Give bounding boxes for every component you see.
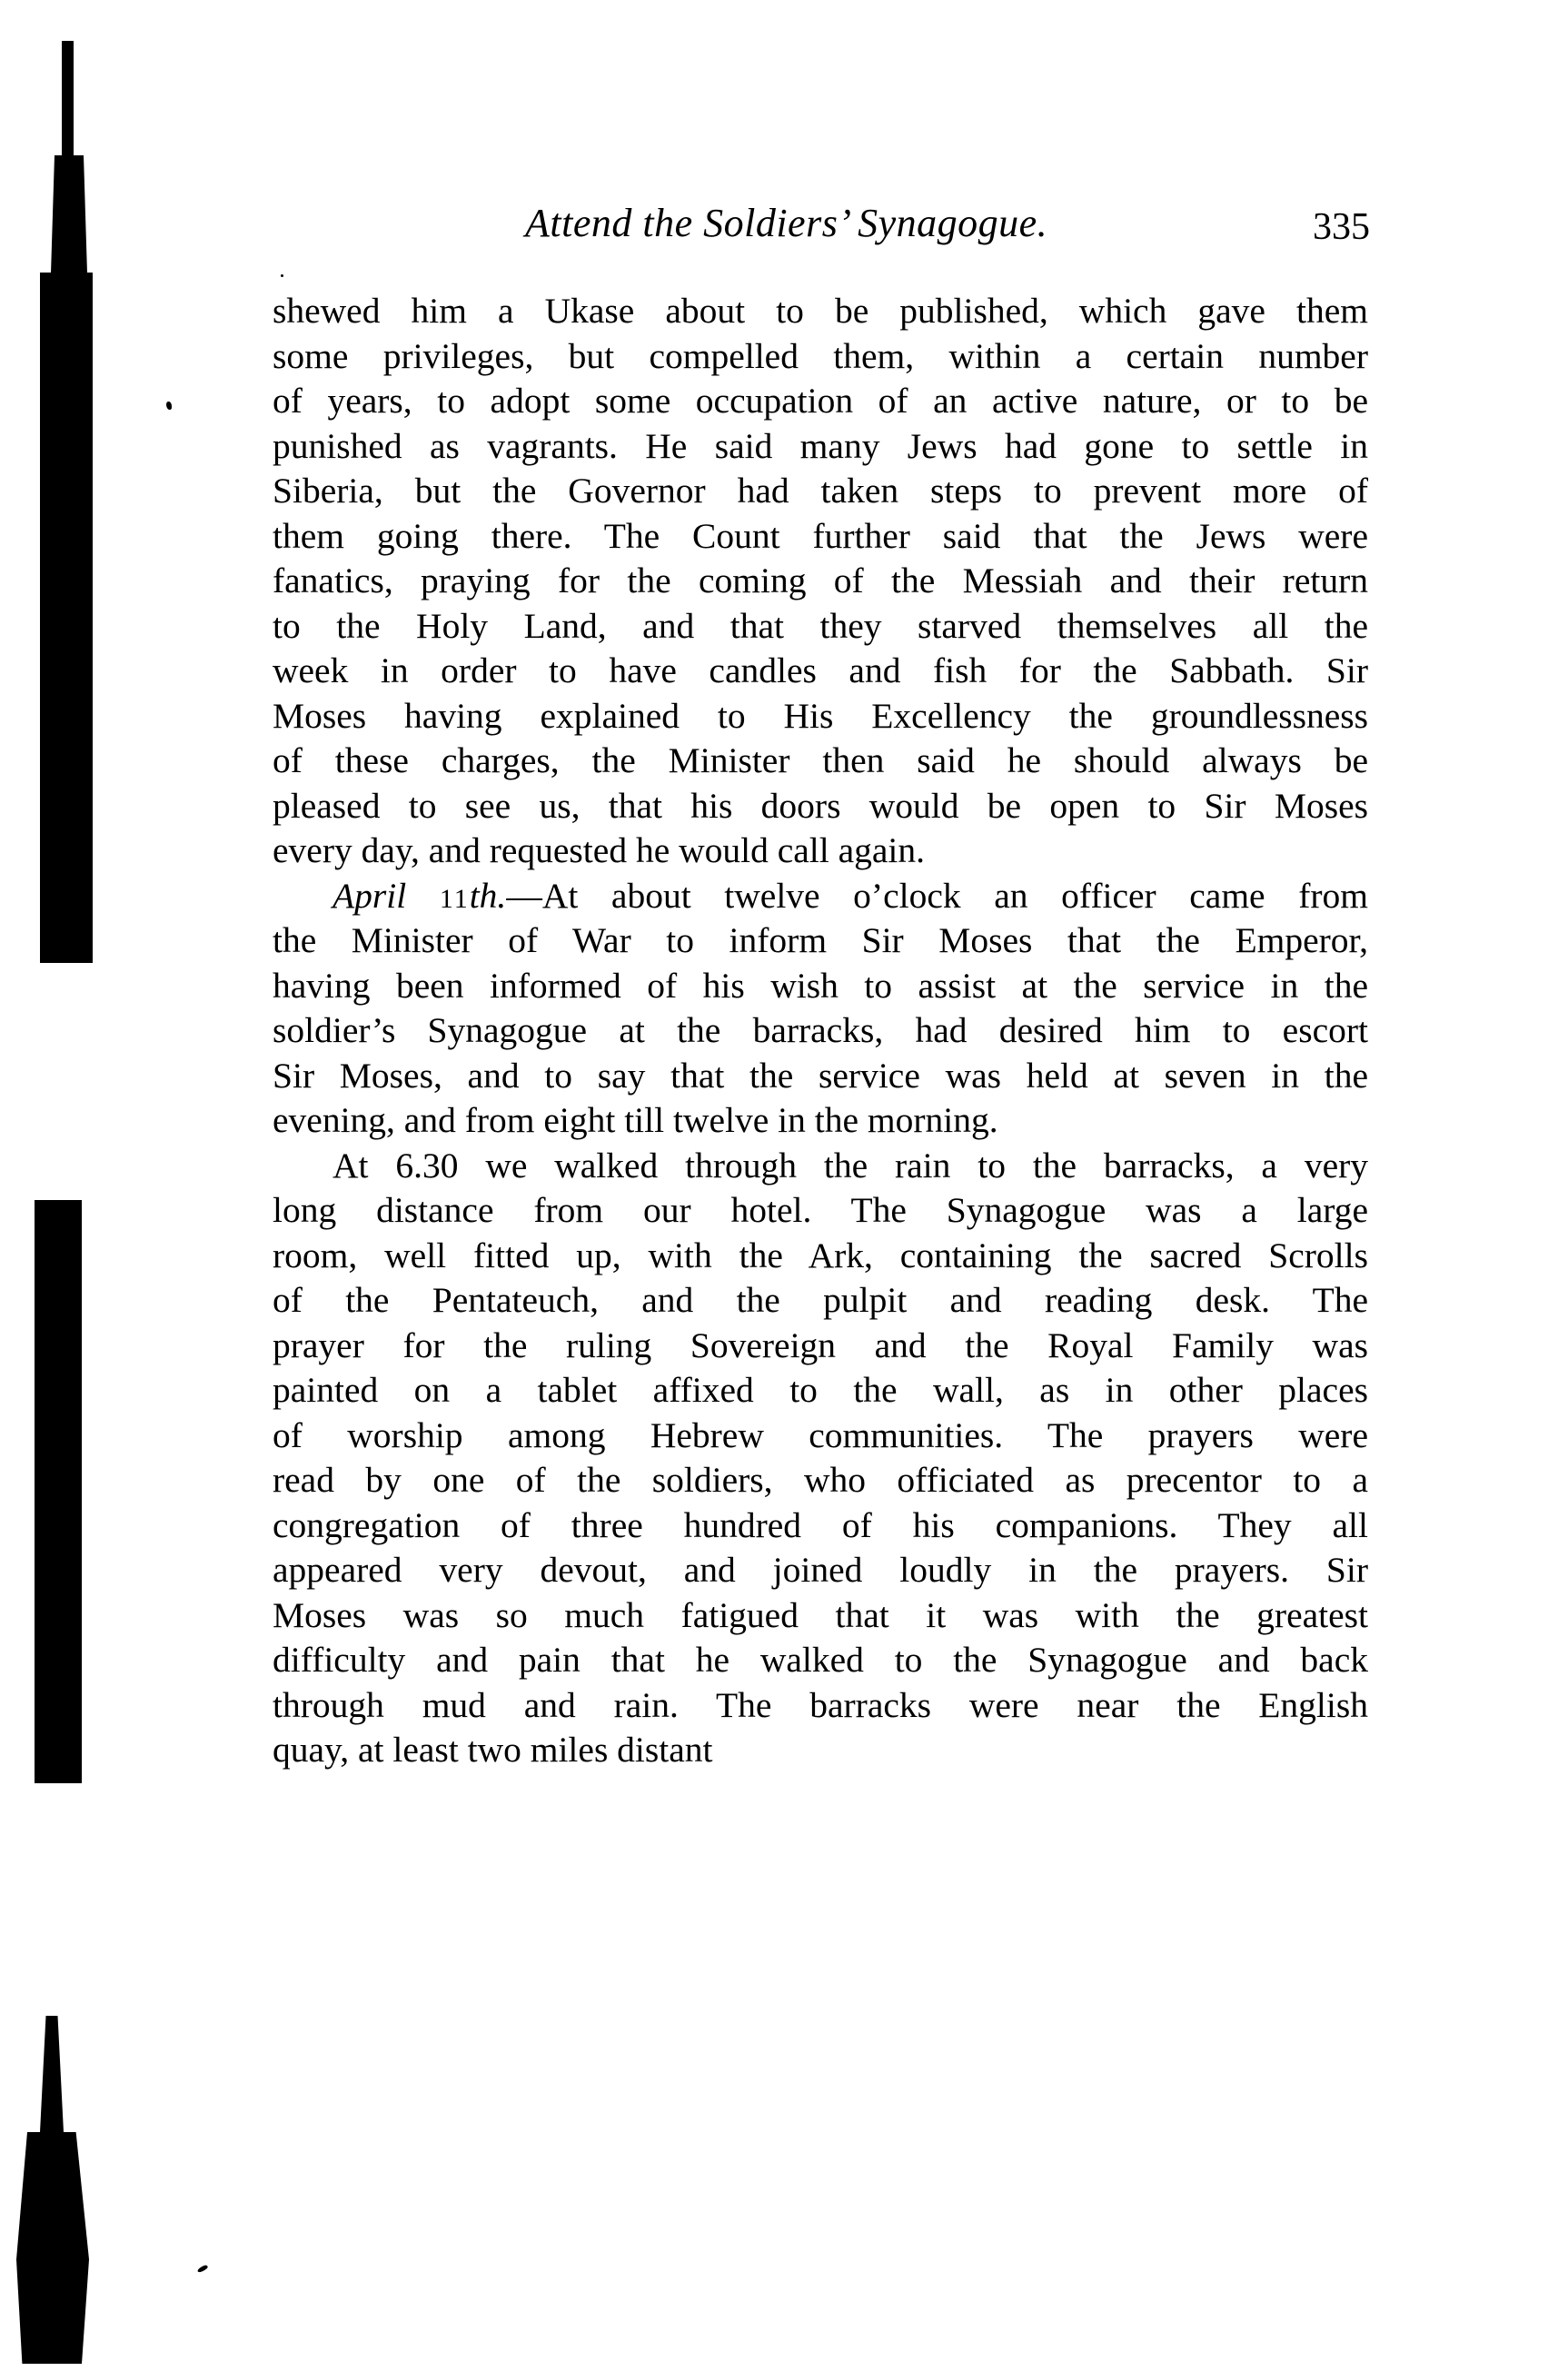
scan-edge-bar-bottom-tip [40, 2016, 64, 2132]
text-line: painted on a tablet affixed to the wall,… [273, 1368, 1368, 1414]
paragraph-text: —At about twelve o’clock an officer came… [506, 876, 1368, 916]
scan-edge-bar-top-tip [62, 41, 74, 155]
body-text: shewed him a Ukase about to be published… [273, 289, 1368, 1773]
text-line: week in order to have candles and fish f… [273, 649, 1368, 694]
text-line: pleased to see us, that his doors would … [273, 784, 1368, 829]
text-line: some privileges, but compelled them, wit… [273, 334, 1368, 380]
text-line: through mud and rain. The barracks were … [273, 1683, 1368, 1729]
scan-edge-bar-top-body [40, 273, 93, 963]
text-line: read by one of the soldiers, who officia… [273, 1458, 1368, 1503]
scan-speck-upper [166, 402, 172, 410]
paragraph-end-line: every day, and requested he would call a… [273, 828, 1368, 874]
text-line: them going there. The Count further said… [273, 514, 1368, 560]
text-line: congregation of three hundred of his com… [273, 1503, 1368, 1549]
final-line: quay, at least two miles distant [273, 1728, 1368, 1773]
text-line: of years, to adopt some occupation of an… [273, 379, 1368, 424]
date-numeral: 11 [440, 884, 470, 914]
scan-edge-bar-top [51, 155, 87, 273]
text-line: shewed him a Ukase about to be published… [273, 289, 1368, 334]
text-line: difficulty and pain that he walked to th… [273, 1638, 1368, 1683]
scan-dot [281, 274, 283, 277]
text-line: Moses having explained to His Excellency… [273, 694, 1368, 739]
text-line: Moses was so much fatigued that it was w… [273, 1593, 1368, 1639]
text-line: prayer for the ruling Sovereign and the … [273, 1324, 1368, 1369]
text-line: Siberia, but the Governor had taken step… [273, 469, 1368, 514]
text-line: of the Pentateuch, and the pulpit and re… [273, 1278, 1368, 1324]
text-line: punished as vagrants. He said many Jews … [273, 424, 1368, 470]
text-line: to the Holy Land, and that they starved … [273, 604, 1368, 650]
text-line: long distance from our hotel. The Synago… [273, 1188, 1368, 1234]
text-line: of worship among Hebrew communities. The… [273, 1414, 1368, 1459]
text-line: of these charges, the Minister then said… [273, 739, 1368, 784]
paragraph-start-line: At 6.30 we walked through the rain to th… [273, 1144, 1368, 1189]
scan-speck-lower [197, 2264, 209, 2274]
text-line: appeared very devout, and joined loudly … [273, 1548, 1368, 1593]
book-page: Attend the Soldiers’ Synagogue. 335 shew… [0, 0, 1568, 2371]
text-line: soldier’s Synagogue at the barracks, had… [273, 1008, 1368, 1054]
scan-edge-bar-middle [35, 1200, 82, 1783]
scan-edge-bar-bottom [16, 2132, 89, 2364]
text-line: fanatics, praying for the coming of the … [273, 559, 1368, 604]
text-line: Sir Moses, and to say that the service w… [273, 1054, 1368, 1099]
page-number: 335 [1303, 202, 1370, 253]
running-head: Attend the Soldiers’ Synagogue. [525, 198, 1129, 249]
date-suffix: th. [470, 876, 507, 916]
paragraph-end-line: evening, and from eight till twelve in t… [273, 1098, 1368, 1144]
dated-paragraph-start: April 11th.—At about twelve o’clock an o… [273, 874, 1368, 919]
text-line: room, well fitted up, with the Ark, cont… [273, 1234, 1368, 1279]
text-line: the Minister of War to inform Sir Moses … [273, 918, 1368, 964]
text-line: having been informed of his wish to assi… [273, 964, 1368, 1009]
date-italic: April [332, 876, 440, 916]
